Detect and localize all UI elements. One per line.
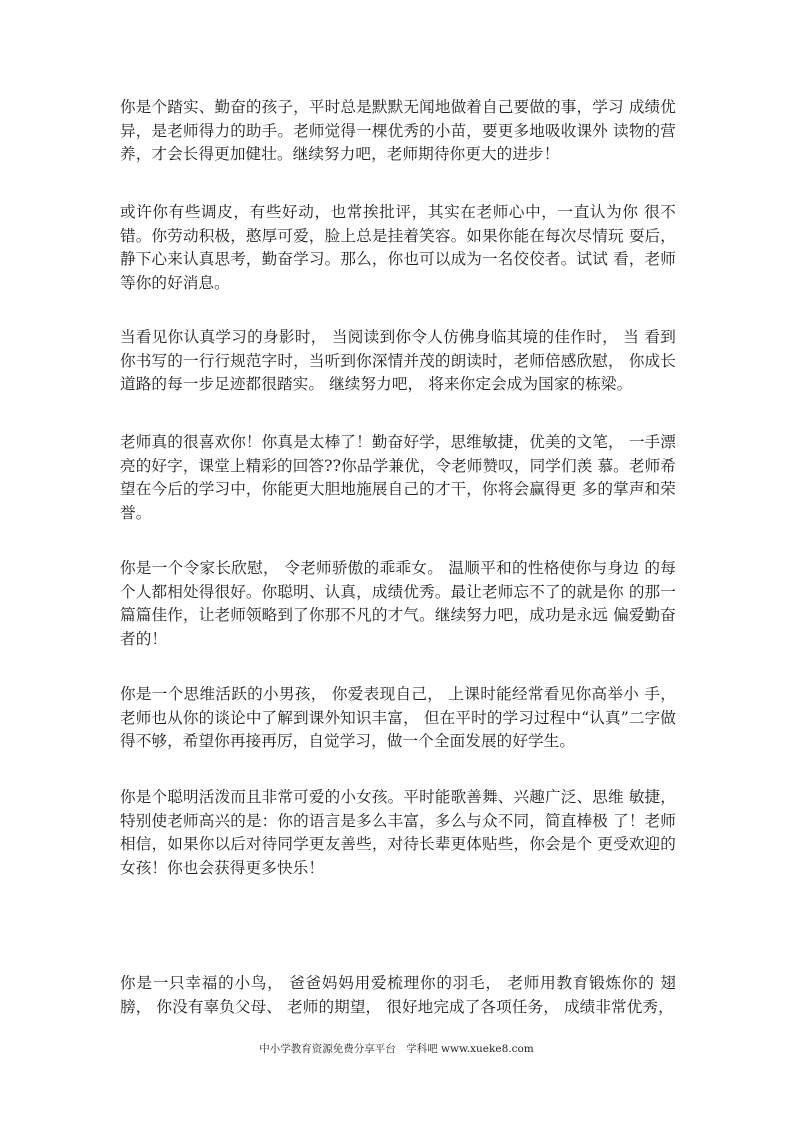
page-footer: 中小学教育资源免费分享平台 学科吧 www.xueke8.com — [0, 1041, 793, 1056]
document-page: 你是个踏实、勤奋的孩子，平时总是默默无闻地做着自己要做的事，学习 成绩优异，是老… — [0, 0, 793, 1122]
comment-paragraph-3: 当看见你认真学习的身影时， 当阅读到你令人仿佛身临其境的佳作时， 当 看到你书写… — [120, 326, 676, 397]
comment-paragraph-8: 你是一只幸福的小鸟， 爸爸妈妈用爱梳理你的羽毛， 老师用教育锻炼你的 翅膀， 你… — [120, 972, 676, 1019]
comment-paragraph-6: 你是一个思维活跃的小男孩， 你爱表现自己， 上课时能经常看见你高举小 手，老师也… — [120, 683, 676, 754]
comment-paragraph-1: 你是个踏实、勤奋的孩子，平时总是默默无闻地做着自己要做的事，学习 成绩优异，是老… — [120, 96, 676, 167]
comment-paragraph-4: 老师真的很喜欢你！你真是太棒了！勤奋好学，思维敏捷，优美的文笔， 一手漂亮的好字… — [120, 431, 676, 525]
comment-paragraph-2: 或许你有些调皮，有些好动，也常挨批评，其实在老师心中，一直认为你 很不错。你劳动… — [120, 201, 676, 295]
comment-paragraph-7: 你是个聪明活泼而且非常可爱的小女孩。平时能歌善舞、兴趣广泛、思维 敏捷，特别使老… — [120, 786, 676, 880]
comment-paragraph-5: 你是一个令家长欣慰， 令老师骄傲的乖乖女。 温顺平和的性格使你与身边 的每个人都… — [120, 557, 676, 651]
